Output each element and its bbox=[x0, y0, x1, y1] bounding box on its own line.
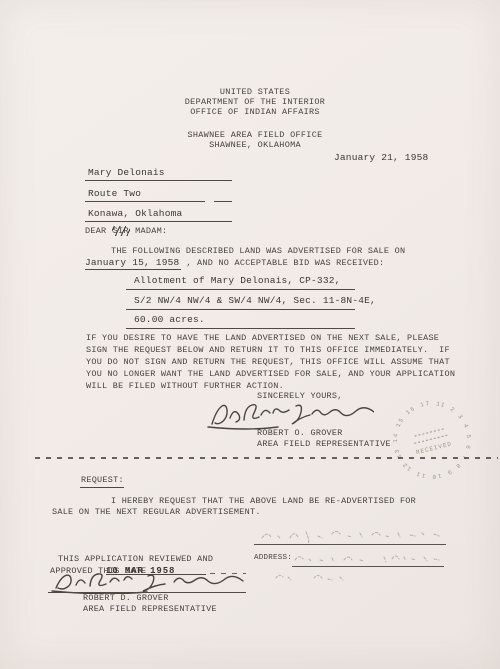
request-line-2: SALE ON THE NEXT REGULAR ADVERTISEMENT. bbox=[52, 508, 261, 517]
salutation-prefix: DEAR bbox=[85, 226, 112, 236]
land-description-underline-1 bbox=[126, 289, 355, 290]
signer-name: ROBERT O. GROVER bbox=[257, 429, 343, 438]
body-paragraph2-line5: WILL BE FILED WITHOUT FURTHER ACTION. bbox=[86, 382, 284, 391]
letterhead-office-line-2: SHAWNEE, OKLAHOMA bbox=[100, 140, 410, 150]
body-paragraph1-line1: THE FOLLOWING DESCRIBED LAND WAS ADVERTI… bbox=[111, 247, 405, 256]
recipient-address-line-1: Route Two bbox=[88, 189, 141, 199]
body-paragraph2-line2: SIGN THE REQUEST BELOW AND RETURN IT TO … bbox=[86, 346, 450, 355]
letterhead-line-1: UNITED STATES bbox=[100, 87, 410, 97]
request-heading-underline bbox=[80, 487, 124, 488]
faint-address-script bbox=[292, 552, 447, 565]
letterhead-line-2: DEPARTMENT OF THE INTERIOR bbox=[100, 97, 410, 107]
faint-applicant-signature-script bbox=[258, 527, 448, 543]
letter-date: January 21, 1958 bbox=[334, 153, 428, 163]
approval-signer-title: AREA FIELD REPRESENTATIVE bbox=[83, 605, 217, 614]
signer-title: AREA FIELD REPRESENTATIVE bbox=[257, 440, 391, 449]
body-paragraph1-line2: January 15, 1958 , AND NO ACCEPTABLE BID… bbox=[85, 258, 384, 270]
body-paragraph2-line4: YOU NO LONGER WANT THE LAND ADVERTISED F… bbox=[86, 370, 455, 379]
letterhead-office-line-1: SHAWNEE AREA FIELD OFFICE bbox=[100, 130, 410, 140]
salutation: DEAR SIR MADAM: bbox=[85, 227, 167, 236]
dashed-separator-line bbox=[35, 457, 498, 459]
letterhead-line-3: OFFICE OF INDIAN AFFAIRS bbox=[100, 107, 410, 117]
svg-text:1 2 3 4 5 6 7 8 9 10 11 12 13: 1 2 3 4 5 6 7 8 9 10 11 12 13 14 15 16 1… bbox=[379, 387, 483, 489]
land-description-underline-3 bbox=[126, 328, 355, 329]
applicant-signature-line bbox=[254, 544, 446, 545]
body-paragraph2-line3: YOU DO NOT SIGN AND RETURN THE REQUEST, … bbox=[86, 358, 450, 367]
recipient-address-line-2: Konawa, Oklahoma bbox=[88, 209, 182, 219]
recipient-address-underline-1 bbox=[85, 201, 205, 202]
land-description-line-3: 60.00 acres. bbox=[134, 315, 205, 325]
land-description-line-1: Allotment of Mary Delonais, CP-332, bbox=[134, 276, 341, 286]
land-description-underline-2 bbox=[126, 309, 355, 310]
body-paragraph2-line1: IF YOU DESIRE TO HAVE THE LAND ADVERTISE… bbox=[86, 334, 439, 343]
recipient-address-underline-1b bbox=[214, 201, 232, 202]
grover-signature-script bbox=[206, 397, 374, 431]
scanned-letter-page: UNITED STATES DEPARTMENT OF THE INTERIOR… bbox=[0, 0, 500, 669]
body-paragraph1-line2-rest: , AND NO ACCEPTABLE BID WAS RECEIVED: bbox=[181, 258, 384, 268]
salutation-suffix: MADAM: bbox=[130, 226, 167, 236]
address-label: ADDRESS: bbox=[254, 554, 292, 563]
address-line bbox=[292, 566, 444, 567]
grover-approval-signature-script bbox=[48, 570, 248, 594]
salutation-struck-word: SIR bbox=[112, 226, 130, 236]
recipient-name: Mary Delonais bbox=[88, 168, 165, 178]
faint-handwriting-note bbox=[272, 571, 362, 583]
stamp-center-text: RECEIVED bbox=[415, 440, 452, 456]
land-description-line-2: S/2 NW/4 NW/4 & SW/4 NW/4, Sec. 11-8N-4E… bbox=[134, 296, 376, 306]
sale-date-entry: January 15, 1958 bbox=[85, 258, 181, 270]
recipient-address-underline-2 bbox=[85, 221, 232, 222]
approval-signer-name: ROBERT D. GROVER bbox=[83, 594, 169, 603]
stamp-rim-text: 1 2 3 4 5 6 7 8 9 10 11 12 13 14 15 16 1… bbox=[379, 387, 483, 489]
recipient-name-underline bbox=[85, 180, 232, 181]
received-date-stamp: 1 2 3 4 5 6 7 8 9 10 11 12 13 14 15 16 1… bbox=[379, 387, 486, 494]
approval-line-1: THIS APPLICATION REVIEWED AND bbox=[58, 555, 213, 564]
request-heading: REQUEST: bbox=[81, 476, 124, 485]
request-line-1: I HEREBY REQUEST THAT THE ABOVE LAND BE … bbox=[111, 497, 416, 506]
